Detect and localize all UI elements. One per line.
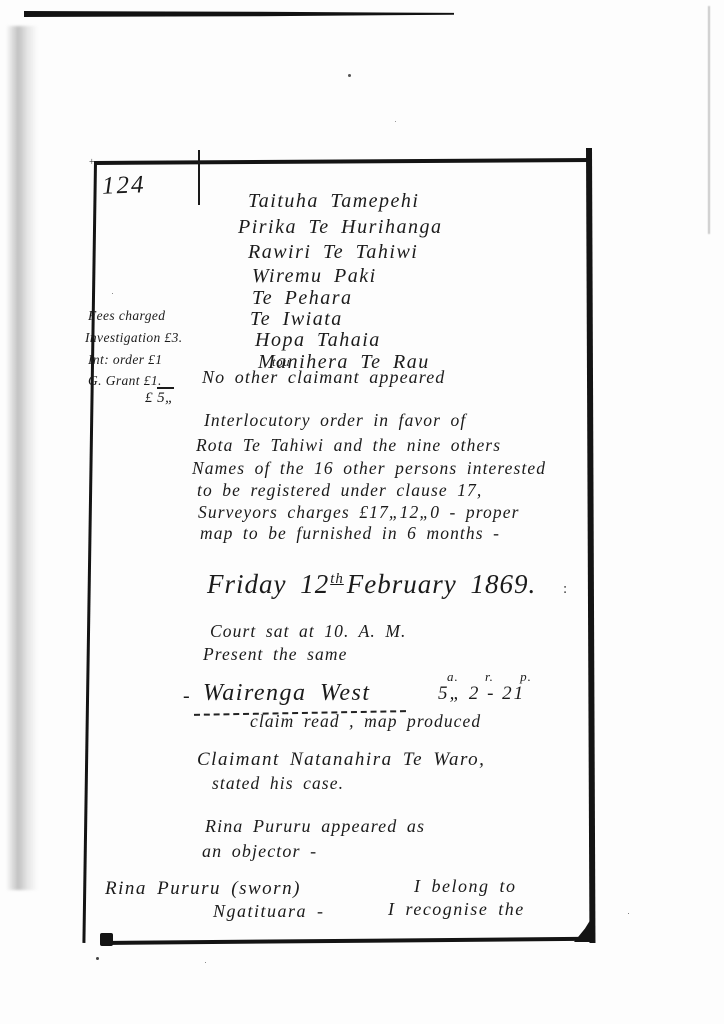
court-session-line: Court sat at 10. A. M. xyxy=(210,622,407,640)
testimony-line: I belong to xyxy=(414,877,517,896)
margin-rule-line xyxy=(198,150,200,205)
fee-total-value: 5„ xyxy=(157,387,174,406)
claimant-statement-line: stated his case. xyxy=(212,774,344,792)
claimant-name-line: Hopa Tahaia xyxy=(255,330,381,351)
fee-note-line: Fees charged xyxy=(88,309,165,323)
fee-total: £ 5„ xyxy=(145,391,174,407)
date-heading: Friday 12thFebruary 1869. xyxy=(207,570,536,598)
area-units: a. r. p. xyxy=(447,670,532,684)
claimant-name-line: Wiremu Paki xyxy=(252,266,377,287)
scanned-minute-book-page: + 124 Taituha Tamepehi Pirika Te Hurihan… xyxy=(0,0,724,1024)
claimant-name-line: Pirika Te Hurihanga xyxy=(238,217,442,238)
no-claimant-line: No other claimant appeared xyxy=(202,368,445,387)
court-session-line: Present the same xyxy=(203,645,348,663)
frame-border-bottom xyxy=(103,937,591,945)
claim-read-line: claim read , map produced xyxy=(250,712,481,730)
claimant-name-line: Taituha Tamepehi xyxy=(248,191,419,212)
page-number: 124 xyxy=(102,172,146,200)
interlocutory-line: Surveyors charges £17„12„0 - proper xyxy=(198,503,520,521)
date-day: Friday 12 xyxy=(207,569,329,599)
case-dash: - xyxy=(183,686,191,707)
fee-total-currency: £ xyxy=(145,390,153,406)
binding-gutter-shadow xyxy=(6,26,38,890)
frame-border-left xyxy=(82,162,97,943)
ink-specks xyxy=(348,74,351,77)
claimant-name-line: Te Iwiata xyxy=(250,309,343,330)
witness-sworn-line: Rina Pururu (sworn) xyxy=(105,879,301,899)
date-ordinal: th xyxy=(330,571,344,587)
area-values: 5„ 2 - 21 xyxy=(438,684,525,704)
claimant-name-line: Rawiri Te Tahiwi xyxy=(248,242,418,263)
scan-top-bar-artifact xyxy=(24,11,454,17)
fee-note-line: Investigation £3. xyxy=(85,331,183,345)
case-title: Wairenga West xyxy=(203,681,371,706)
frame-corner-bottom-left xyxy=(100,933,113,946)
interlocutory-line: to be registered under clause 17, xyxy=(197,481,482,499)
frame-border-top xyxy=(94,158,591,165)
corner-tick-mark: + xyxy=(89,158,98,167)
interlocutory-line: Rota Te Tahiwi and the nine others xyxy=(196,436,501,454)
claimant-name-line: Te Pehara xyxy=(252,288,353,309)
interlocutory-line: Names of the 16 other persons interested xyxy=(192,459,546,477)
frame-border-right xyxy=(586,148,595,943)
objector-line: an objector - xyxy=(202,842,317,861)
interlocutory-line: map to be furnished in 6 months - xyxy=(200,524,500,542)
stray-colon-mark: : xyxy=(563,582,567,598)
interlocutory-line: Interlocutory order in favor of xyxy=(204,411,466,429)
page-edge-line xyxy=(708,6,710,234)
date-month-year: February 1869. xyxy=(347,569,536,599)
claimant-statement-line: Claimant Natanahira Te Waro, xyxy=(197,750,485,770)
witness-iwi-line: Ngatituara - xyxy=(213,902,325,921)
fee-note-line: G. Grant £1. xyxy=(88,374,162,388)
objector-line: Rina Pururu appeared as xyxy=(205,817,425,836)
fee-note-line: Int: order £1 xyxy=(88,353,162,367)
testimony-line: I recognise the xyxy=(388,900,525,919)
